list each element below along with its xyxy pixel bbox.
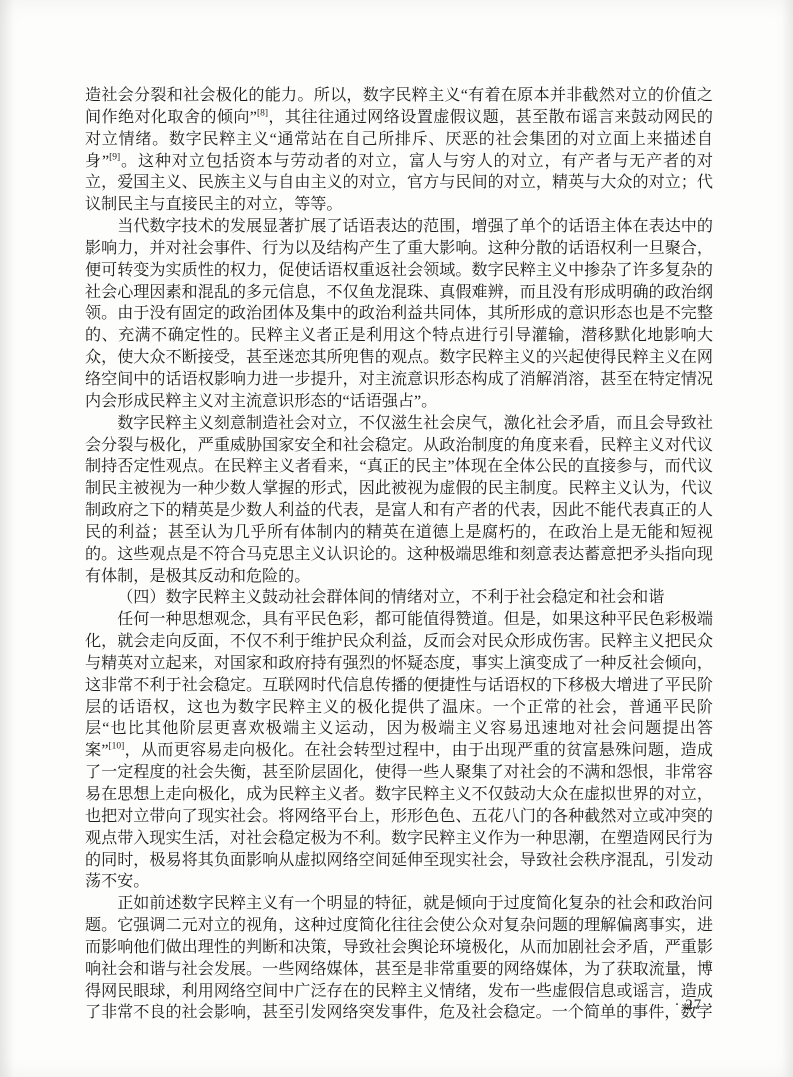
paragraph: 正如前述数字民粹主义有一个明显的特征，就是倾向于过度简化复杂的社会和政治问题。它…: [85, 893, 713, 1024]
paragraph: 任何一种思想观念，具有平民色彩，都可能值得赞道。但是，如果这种平民色彩极端化，就…: [85, 609, 713, 893]
paragraph: 当代数字技术的发展显著扩展了话语表达的范围，增强了单个的话语主体在表达中的影响力…: [85, 216, 713, 413]
page-edge-shade-left: [0, 0, 14, 1077]
reference-marker: [10]: [109, 742, 125, 752]
page-edge-shade-right: [781, 0, 793, 1077]
section-heading: （四）数字民粹主义鼓动社会群体间的情绪对立，不利于社会稳定和社会和谐: [85, 587, 713, 609]
paragraph: 造社会分裂和社会极化的能力。所以，数字民粹主义“有着在原本并非截然对立的价值之间…: [85, 85, 713, 216]
document-body: 造社会分裂和社会极化的能力。所以，数字民粹主义“有着在原本并非截然对立的价值之间…: [85, 85, 713, 1024]
reference-marker: [8]: [257, 108, 268, 118]
paragraph: 数字民粹主义刻意制造社会对立，不仅滋生社会戾气，激化社会矛盾，而且会导致社会分裂…: [85, 413, 713, 588]
page-number: · 27 ·: [675, 996, 714, 1014]
scanned-book-page: 造社会分裂和社会极化的能力。所以，数字民粹主义“有着在原本并非截然对立的价值之间…: [0, 0, 793, 1077]
reference-marker: [9]: [109, 152, 120, 162]
